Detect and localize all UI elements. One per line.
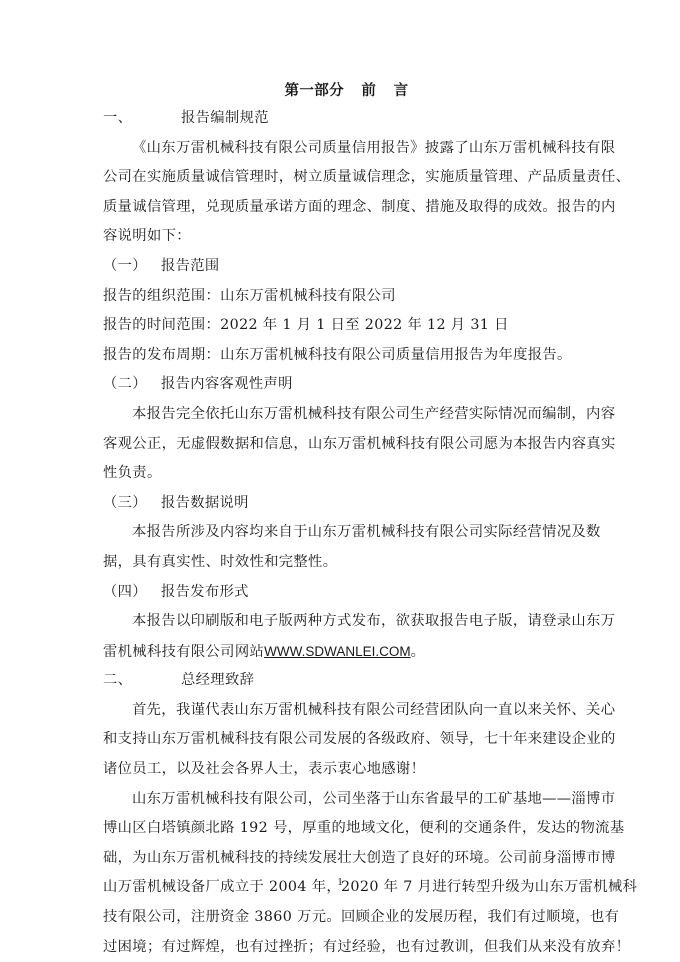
paragraph-line: 本报告所涉及内容均来自于山东万雷机械科技有限公司实际经营情况及数 [103,518,590,548]
paragraph-line: 首先，我谨代表山东万雷机械科技有限公司经营团队向一直以来关怀、关心 [103,696,590,726]
page-title: 第一部分 前 言 [103,77,590,104]
title-word-2: 言 [394,82,409,99]
section-heading-1: 一、报告编制规范 [103,104,590,134]
paragraph-line: 性负责。 [103,459,590,489]
paragraph-line: 客观公正，无虚假数据和信息，山东万雷机械科技有限公司愿为本报告内容真实 [103,430,590,460]
section-number: 二、 [103,666,181,696]
subsection-number: （二） [103,370,147,400]
paragraph-line: 质量诚信管理，兑现质量承诺方面的理念、制度、措施及取得的成效。报告的内 [103,193,590,223]
section-number: 一、 [103,104,181,134]
paragraph-line: 和支持山东万雷机械科技有限公司发展的各级政府、领导，七十年来建设企业的 [103,725,590,755]
subsection-title: 报告内容客观性声明 [161,376,293,392]
paragraph-line: 础，为山东万雷机械科技的持续发展壮大创造了良好的环境。公司前身淄博市博 [103,844,590,874]
paragraph-line: 雷机械科技有限公司网站WWW.SDWANLEI.COM。 [103,637,590,667]
website-link[interactable]: WWW.SDWANLEI.COM [264,644,411,659]
section-title: 报告编制规范 [181,110,269,126]
page-number: 1 [0,876,680,888]
paragraph-line: 本报告完全依托山东万雷机械科技有限公司生产经营实际情况而编制，内容 [103,400,590,430]
section-title: 总经理致辞 [181,672,254,688]
paragraph-line: 《山东万雷机械科技有限公司质量信用报告》披露了山东万雷机械科技有限 [103,134,590,164]
subsection-title: 报告范围 [161,258,220,274]
subsection-heading-2: （二）报告内容客观性声明 [103,370,590,400]
paragraph-line: 容说明如下： [103,222,590,252]
paragraph-line: 报告的组织范围：山东万雷机械科技有限公司 [103,282,590,312]
document-page: 第一部分 前 言 一、报告编制规范 《山东万雷机械科技有限公司质量信用报告》披露… [0,0,680,962]
paragraph-line: 山东万雷机械科技有限公司，公司坐落于山东省最早的工矿基地——淄博市 [103,785,590,815]
title-word-1: 前 [361,82,376,99]
page-content: 第一部分 前 言 一、报告编制规范 《山东万雷机械科技有限公司质量信用报告》披露… [103,77,590,962]
subsection-number: （三） [103,489,147,519]
subsection-heading-3: （三）报告数据说明 [103,489,590,519]
paragraph-line: 博山区白塔镇颜北路 192 号，厚重的地域文化，便利的交通条件，发达的物流基 [103,814,590,844]
paragraph-line: 诸位员工，以及社会各界人士，表示衷心地感谢！ [103,755,590,785]
subsection-number: （一） [103,252,147,282]
paragraph-line: 报告的发布周期：山东万雷机械科技有限公司质量信用报告为年度报告。 [103,341,590,371]
subsection-heading-1: （一）报告范围 [103,252,590,282]
paragraph-line: 据，具有真实性、时效性和完整性。 [103,548,590,578]
paragraph-line: 过困境；有过辉煌，也有过挫折；有过经验，也有过教训，但我们从来没有放弃！ [103,933,590,962]
title-part: 第一部分 [285,82,344,99]
subsection-number: （四） [103,578,147,608]
subsection-heading-4: （四）报告发布形式 [103,578,590,608]
subsection-title: 报告数据说明 [161,495,249,511]
paragraph-line: 本报告以印刷版和电子版两种方式发布，欲获取报告电子版，请登录山东万 [103,607,590,637]
paragraph-line: 报告的时间范围：2022 年 1 月 1 日至 2022 年 12 月 31 日 [103,311,590,341]
paragraph-line: 技有限公司，注册资金 3860 万元。回顾企业的发展历程，我们有过顺境，也有 [103,903,590,933]
subsection-title: 报告发布形式 [161,584,249,600]
line-text: 雷机械科技有限公司网站 [103,644,264,660]
paragraph-line: 公司在实施质量诚信管理时，树立质量诚信理念，实施质量管理、产品质量责任、 [103,163,590,193]
section-heading-2: 二、总经理致辞 [103,666,590,696]
line-text: 。 [411,644,426,660]
